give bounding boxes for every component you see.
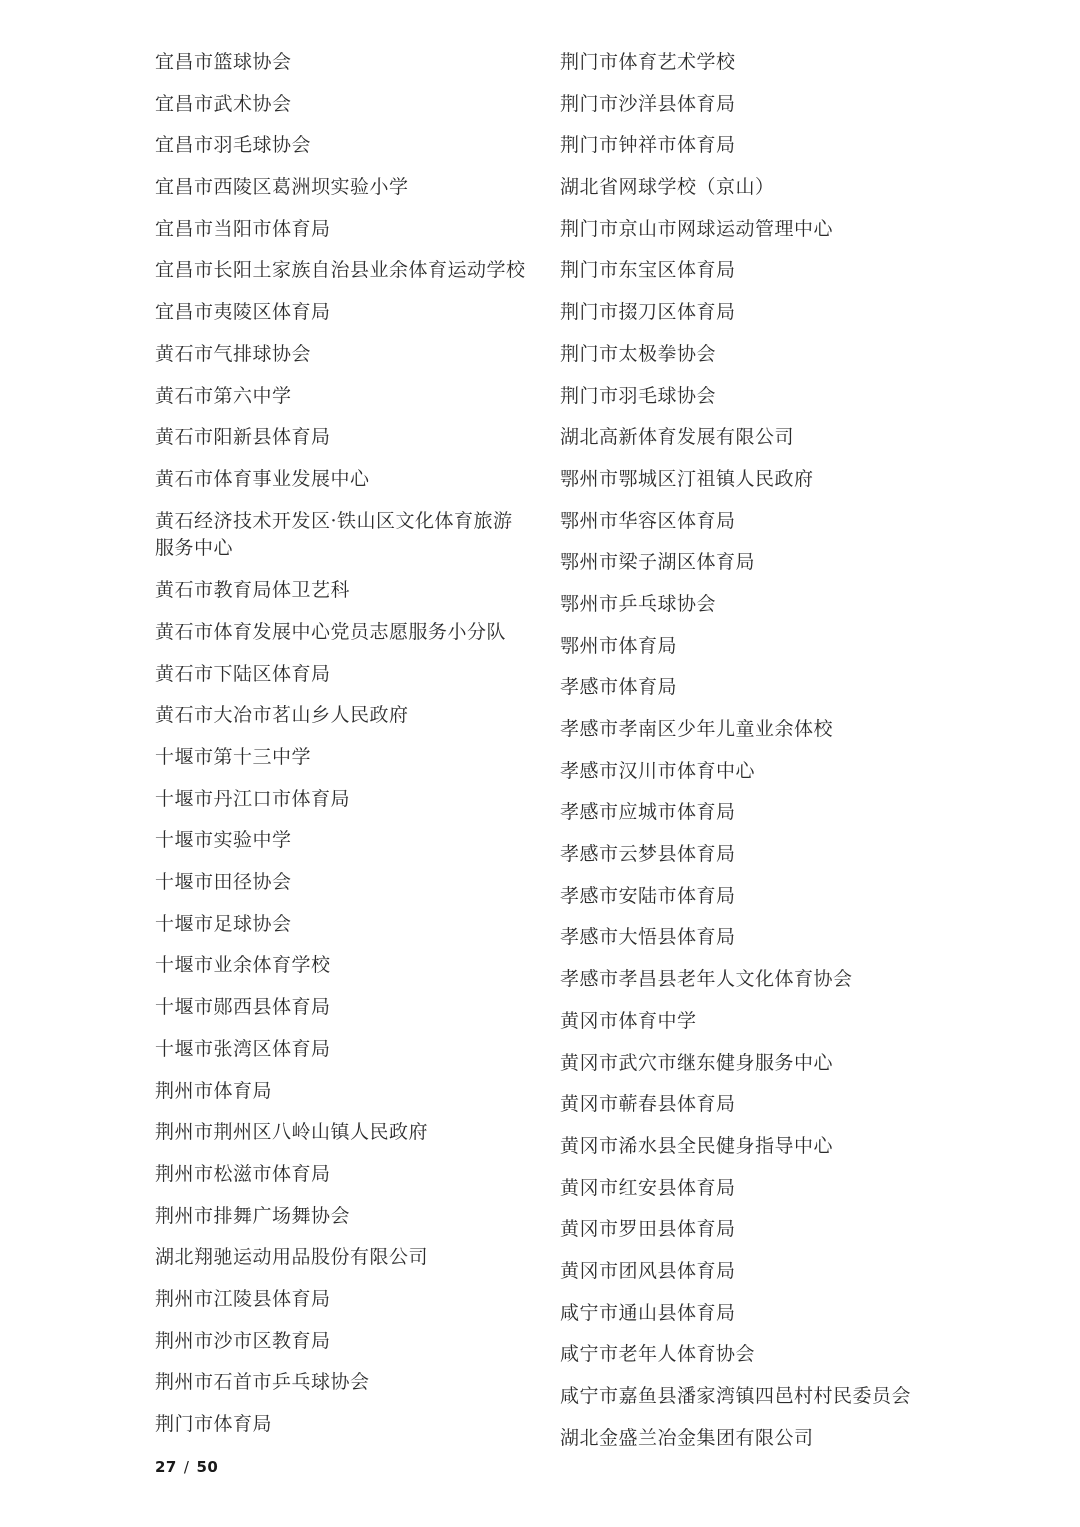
list-item: 荆门市钟祥市体育局 bbox=[560, 132, 940, 158]
list-item: 荆州市松滋市体育局 bbox=[155, 1161, 535, 1187]
list-item: 咸宁市嘉鱼县潘家湾镇四邑村村民委员会 bbox=[560, 1383, 940, 1409]
list-item: 湖北省网球学校（京山） bbox=[560, 174, 940, 200]
list-item: 荆州市荆州区八岭山镇人民政府 bbox=[155, 1119, 535, 1145]
list-item: 孝感市应城市体育局 bbox=[560, 799, 940, 825]
right-column: 荆门市体育艺术学校 荆门市沙洋县体育局 荆门市钟祥市体育局 湖北省网球学校（京山… bbox=[560, 49, 940, 1466]
list-item: 黄石市体育事业发展中心 bbox=[155, 466, 535, 492]
list-item: 宜昌市西陵区葛洲坝实验小学 bbox=[155, 174, 535, 200]
list-item: 十堰市郧西县体育局 bbox=[155, 994, 535, 1020]
list-item: 孝感市云梦县体育局 bbox=[560, 841, 940, 867]
list-item: 孝感市安陆市体育局 bbox=[560, 883, 940, 909]
list-item: 黄冈市武穴市继东健身服务中心 bbox=[560, 1050, 940, 1076]
list-item: 湖北金盛兰冶金集团有限公司 bbox=[560, 1425, 940, 1451]
list-item: 黄冈市红安县体育局 bbox=[560, 1175, 940, 1201]
list-item: 荆门市掇刀区体育局 bbox=[560, 299, 940, 325]
list-item: 荆门市沙洋县体育局 bbox=[560, 91, 940, 117]
total-pages: 50 bbox=[196, 1458, 218, 1476]
list-item: 黄冈市体育中学 bbox=[560, 1008, 940, 1034]
list-item: 黄石市第六中学 bbox=[155, 383, 535, 409]
list-item: 十堰市业余体育学校 bbox=[155, 952, 535, 978]
left-column: 宜昌市篮球协会 宜昌市武术协会 宜昌市羽毛球协会 宜昌市西陵区葛洲坝实验小学 宜… bbox=[155, 49, 535, 1453]
list-item: 荆州市江陵县体育局 bbox=[155, 1286, 535, 1312]
document-page: 宜昌市篮球协会 宜昌市武术协会 宜昌市羽毛球协会 宜昌市西陵区葛洲坝实验小学 宜… bbox=[0, 0, 1080, 1527]
list-item: 荆门市京山市网球运动管理中心 bbox=[560, 216, 940, 242]
list-item: 十堰市足球协会 bbox=[155, 911, 535, 937]
list-item: 鄂州市华容区体育局 bbox=[560, 508, 940, 534]
list-item: 荆门市羽毛球协会 bbox=[560, 383, 940, 409]
list-item: 黄石市气排球协会 bbox=[155, 341, 535, 367]
list-item: 孝感市孝南区少年儿童业余体校 bbox=[560, 716, 940, 742]
list-item: 孝感市大悟县体育局 bbox=[560, 924, 940, 950]
list-item: 十堰市田径协会 bbox=[155, 869, 535, 895]
list-item: 荆州市体育局 bbox=[155, 1078, 535, 1104]
list-item: 黄石经济技术开发区·铁山区文化体育旅游服务中心 bbox=[155, 508, 525, 562]
list-item: 黄石市体育发展中心党员志愿服务小分队 bbox=[155, 619, 535, 645]
list-item: 荆门市太极拳协会 bbox=[560, 341, 940, 367]
list-item: 孝感市汉川市体育中心 bbox=[560, 758, 940, 784]
list-item: 宜昌市当阳市体育局 bbox=[155, 216, 535, 242]
list-item: 孝感市孝昌县老年人文化体育协会 bbox=[560, 966, 940, 992]
list-item: 鄂州市梁子湖区体育局 bbox=[560, 549, 940, 575]
list-item: 咸宁市通山县体育局 bbox=[560, 1300, 940, 1326]
current-page: 27 bbox=[155, 1458, 177, 1476]
list-item: 黄石市大冶市茗山乡人民政府 bbox=[155, 702, 535, 728]
list-item: 黄石市下陆区体育局 bbox=[155, 661, 535, 687]
list-item: 鄂州市乒乓球协会 bbox=[560, 591, 940, 617]
list-item: 宜昌市篮球协会 bbox=[155, 49, 535, 75]
list-item: 荆州市排舞广场舞协会 bbox=[155, 1203, 535, 1229]
list-item: 荆门市东宝区体育局 bbox=[560, 257, 940, 283]
list-item: 宜昌市夷陵区体育局 bbox=[155, 299, 535, 325]
list-item: 黄石市阳新县体育局 bbox=[155, 424, 535, 450]
page-separator: / bbox=[184, 1458, 190, 1476]
list-item: 十堰市丹江口市体育局 bbox=[155, 786, 535, 812]
list-item: 黄冈市蕲春县体育局 bbox=[560, 1091, 940, 1117]
list-item: 荆门市体育局 bbox=[155, 1411, 535, 1437]
list-item: 鄂州市鄂城区汀祖镇人民政府 bbox=[560, 466, 940, 492]
list-item: 宜昌市武术协会 bbox=[155, 91, 535, 117]
list-item: 鄂州市体育局 bbox=[560, 633, 940, 659]
page-number: 27/50 bbox=[155, 1458, 218, 1476]
list-item: 宜昌市羽毛球协会 bbox=[155, 132, 535, 158]
list-item: 十堰市实验中学 bbox=[155, 827, 535, 853]
list-item: 咸宁市老年人体育协会 bbox=[560, 1341, 940, 1367]
list-item: 十堰市第十三中学 bbox=[155, 744, 535, 770]
list-item: 黄冈市罗田县体育局 bbox=[560, 1216, 940, 1242]
list-item: 湖北高新体育发展有限公司 bbox=[560, 424, 940, 450]
list-item: 黄冈市浠水县全民健身指导中心 bbox=[560, 1133, 940, 1159]
list-item: 荆州市沙市区教育局 bbox=[155, 1328, 535, 1354]
list-item: 宜昌市长阳土家族自治县业余体育运动学校 bbox=[155, 257, 535, 283]
list-item: 黄石市教育局体卫艺科 bbox=[155, 577, 535, 603]
list-item: 湖北翔驰运动用品股份有限公司 bbox=[155, 1244, 535, 1270]
list-item: 荆州市石首市乒乓球协会 bbox=[155, 1369, 535, 1395]
list-item: 孝感市体育局 bbox=[560, 674, 940, 700]
list-item: 十堰市张湾区体育局 bbox=[155, 1036, 535, 1062]
list-item: 荆门市体育艺术学校 bbox=[560, 49, 940, 75]
list-item: 黄冈市团风县体育局 bbox=[560, 1258, 940, 1284]
